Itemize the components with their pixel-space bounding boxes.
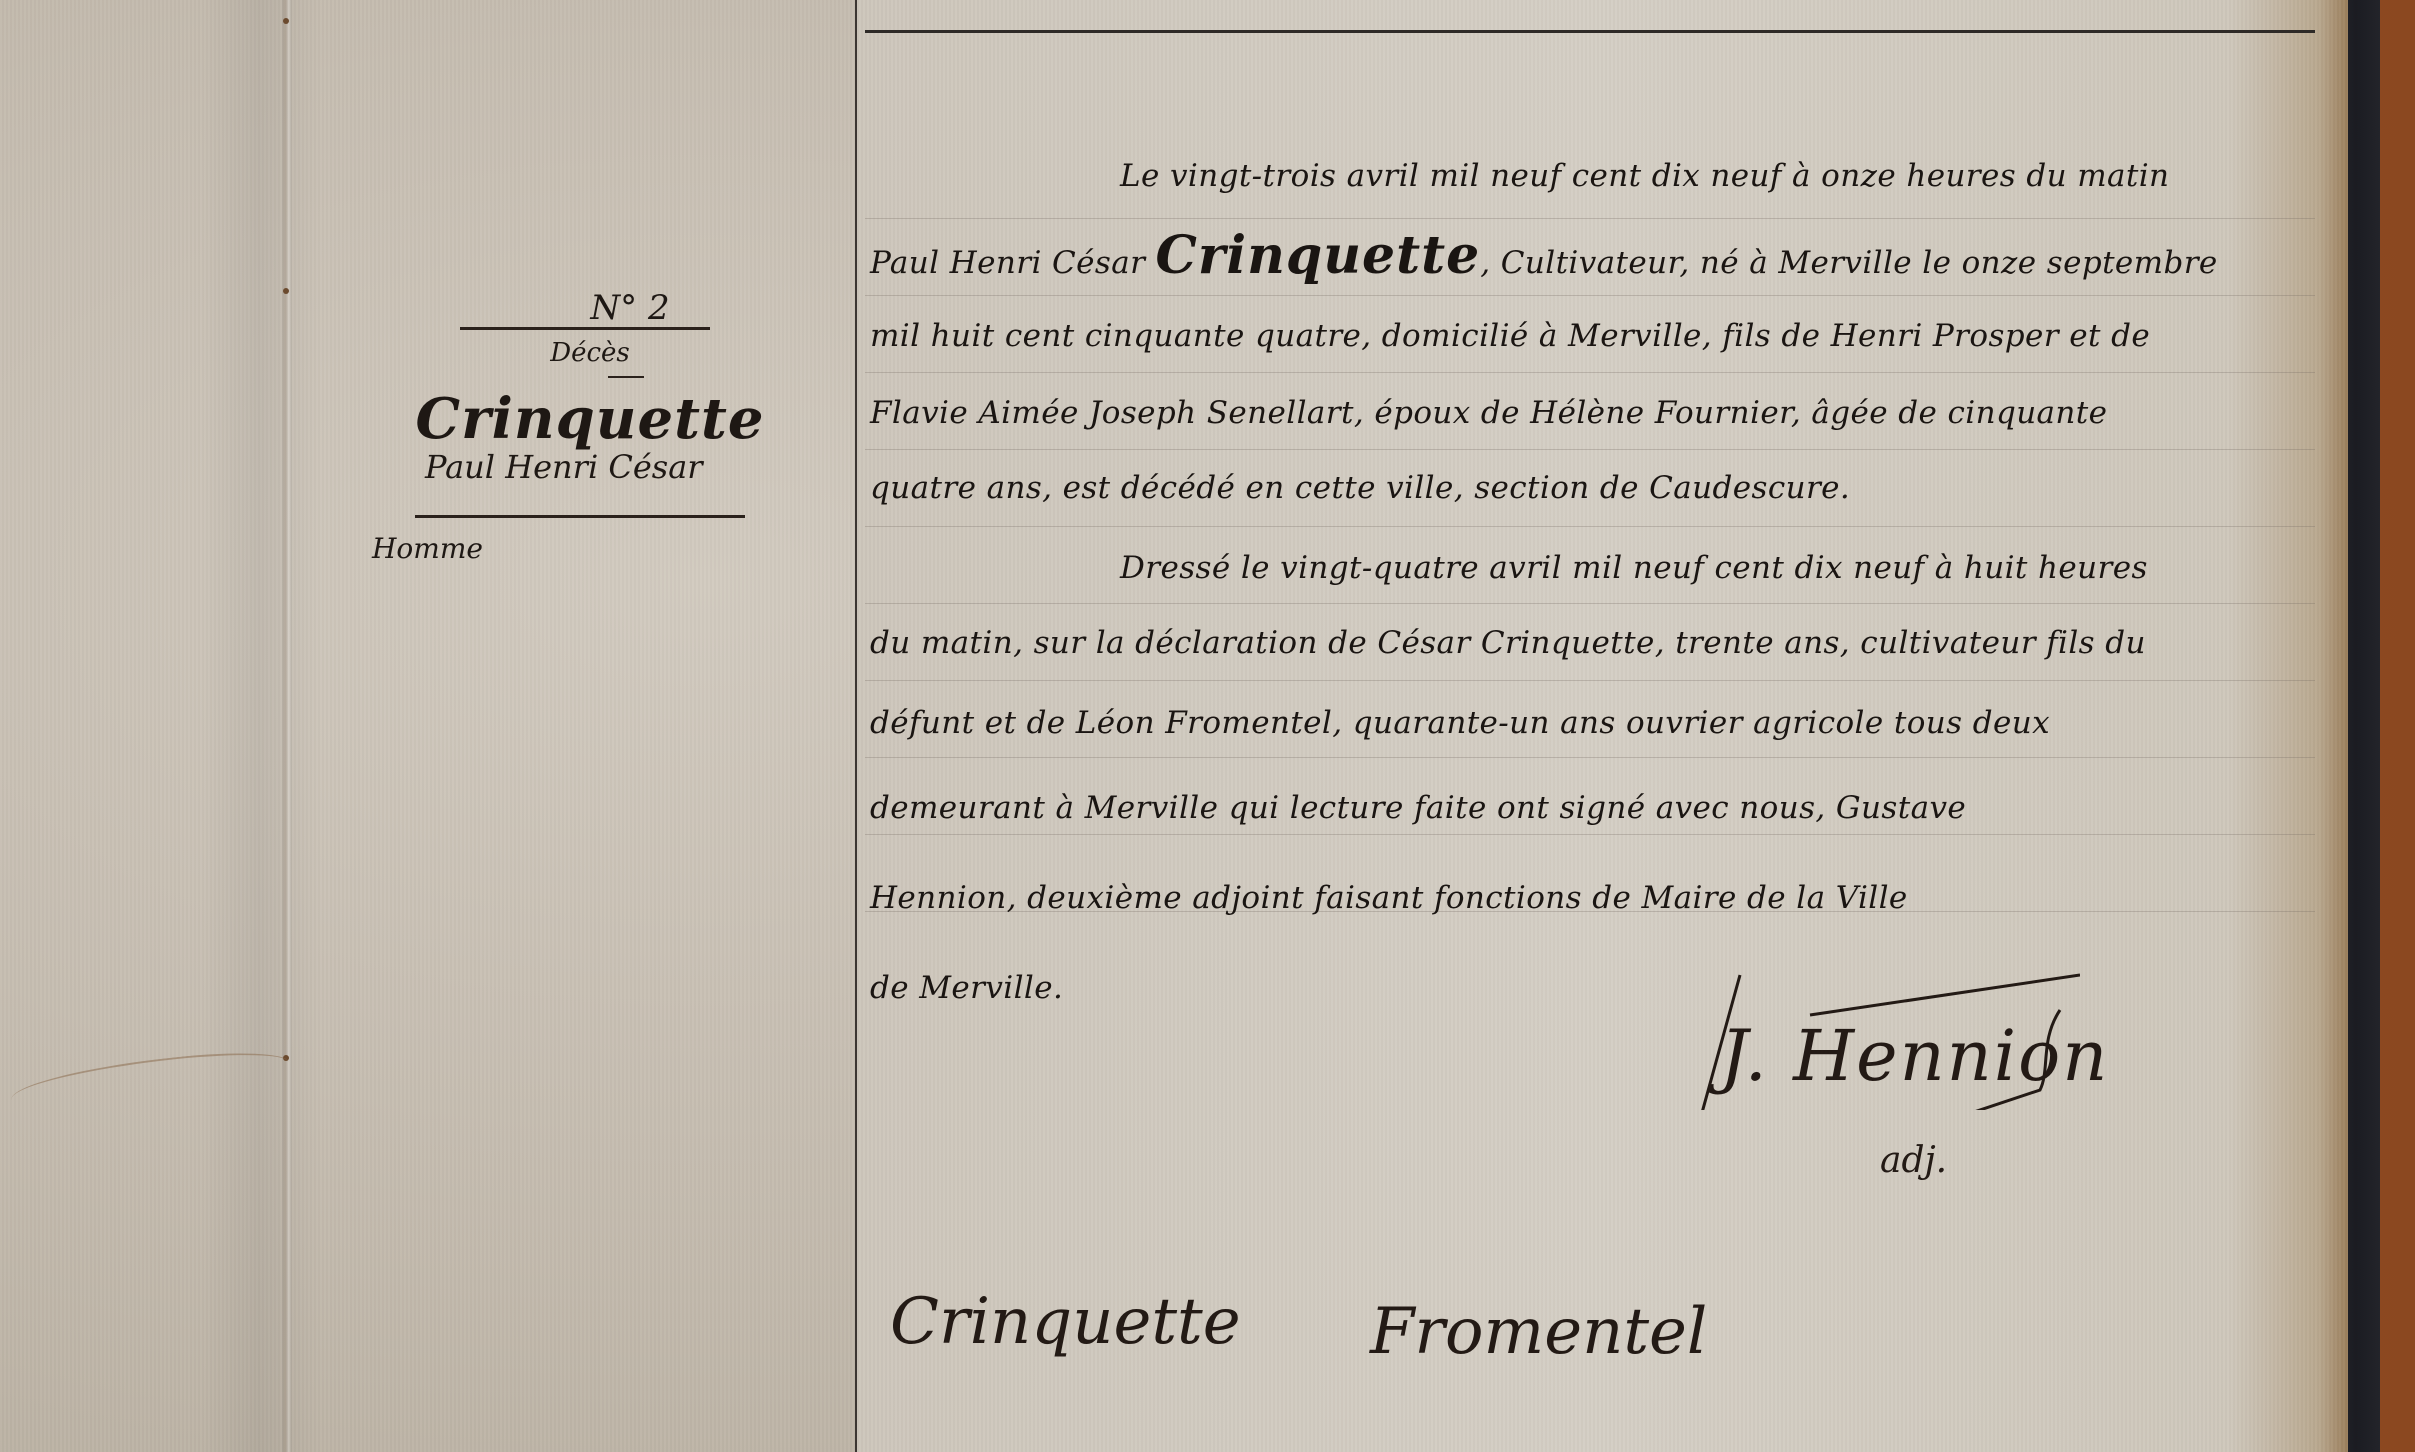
binding-stitch — [283, 18, 289, 24]
margin-rule-vertical — [855, 0, 857, 1452]
ruled-line — [865, 526, 2315, 527]
signature-declarant-2: Fromentel — [1370, 1295, 1707, 1369]
body-line-6: Dressé le vingt-quatre avril mil neuf ce… — [870, 550, 2415, 586]
margin-forenames: Paul Henri César — [425, 448, 780, 486]
ruled-line — [865, 449, 2315, 450]
binding-fold — [282, 0, 292, 1452]
body-line-11: de Merville. — [870, 970, 2310, 1006]
margin-surname: Crinquette — [400, 386, 780, 452]
body-line-7: du matin, sur la déclaration de César Cr… — [870, 625, 2310, 661]
deceased-occupation: , Cultivateur, né à Merville le onze sep… — [1480, 245, 2217, 281]
body-line-10: Hennion, deuxième adjoint faisant foncti… — [870, 880, 2310, 916]
body-line-8: défunt et de Léon Fromentel, quarante-un… — [870, 705, 2310, 741]
fold-shadow — [200, 0, 320, 1452]
binding-stitch — [283, 288, 289, 294]
ruled-line — [865, 834, 2315, 835]
top-rule — [865, 30, 2315, 33]
signature-declarant-1: Crinquette — [890, 1285, 1241, 1359]
ruled-line — [865, 603, 2315, 604]
ruled-line — [865, 295, 2315, 296]
photo-scene: N° 2 Décès Crinquette Paul Henri César H… — [0, 0, 2415, 1452]
ruled-line — [865, 680, 2315, 681]
acte-number: N° 2 — [460, 290, 710, 330]
body-line-1: Le vingt-trois avril mil neuf cent dix n… — [870, 158, 2415, 194]
deceased-forenames: Paul Henri César — [870, 245, 1156, 281]
ruled-line — [865, 372, 2315, 373]
body-line-5: quatre ans, est décédé en cette ville, s… — [870, 470, 2310, 506]
acte-type: Décès — [400, 338, 780, 368]
ruled-line — [865, 757, 2315, 758]
body-line-3: mil huit cent cinquante quatre, domicili… — [870, 318, 2310, 354]
body-line-9: demeurant à Merville qui lecture faite o… — [870, 790, 2310, 826]
body-line-4: Flavie Aimée Joseph Senellart, époux de … — [870, 395, 2310, 431]
ruled-line — [865, 218, 2315, 219]
margin-underline — [415, 515, 745, 518]
deceased-surname: Crinquette — [1156, 225, 1481, 286]
margin-entry: N° 2 Décès Crinquette Paul Henri César — [360, 290, 780, 486]
signature-officer-title: adj. — [1880, 1140, 1947, 1181]
margin-dash — [608, 376, 644, 378]
signature-officer: J. Hennion — [1720, 1015, 2109, 1097]
body-line-2: Paul Henri César Crinquette, Cultivateur… — [870, 225, 2310, 286]
margin-sex: Homme — [372, 532, 483, 565]
